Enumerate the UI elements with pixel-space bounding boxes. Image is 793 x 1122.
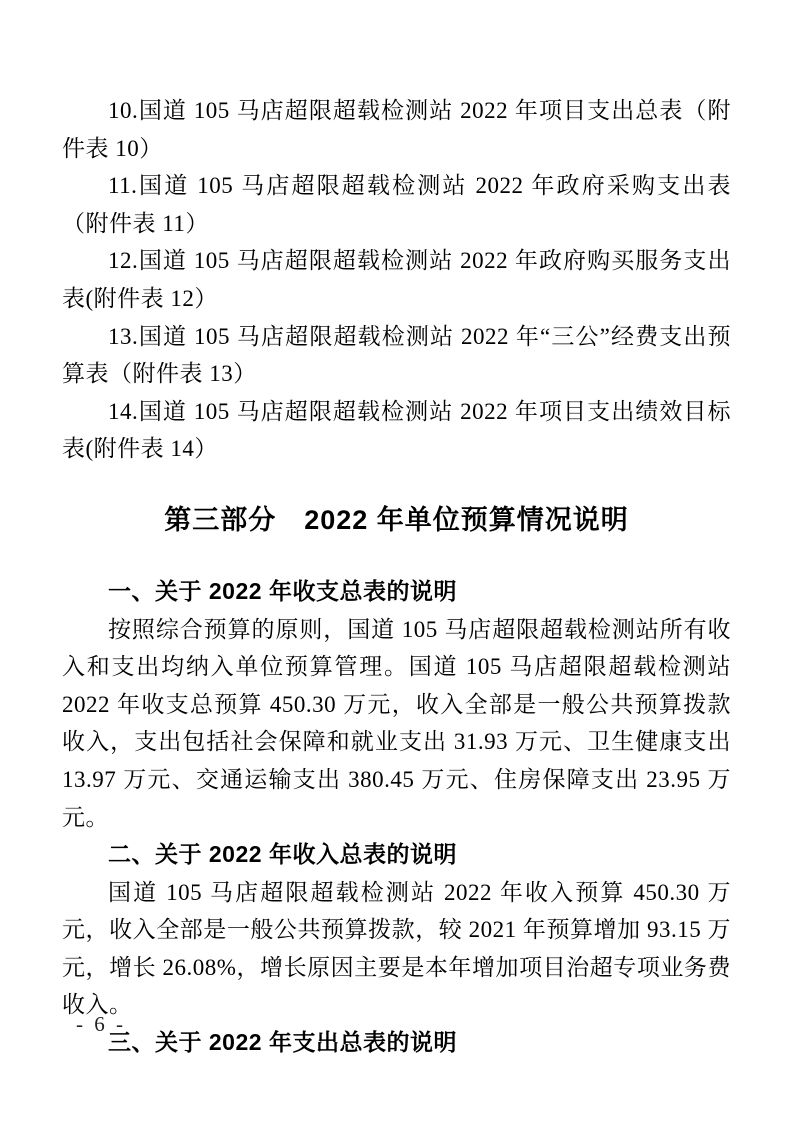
attachment-list-item-13: 13.国道 105 马店超限超载检测站 2022 年“三公”经费支出预算表（附件… (62, 318, 731, 393)
section-one-paragraph: 按照综合预算的原则，国道 105 马店超限超载检测站所有收入和支出均纳入单位预算… (62, 611, 731, 837)
section-one-heading: 一、关于 2022 年收支总表的说明 (62, 573, 731, 611)
section-two-heading: 二、关于 2022 年收入总表的说明 (62, 836, 731, 874)
section-two-paragraph: 国道 105 马店超限超载检测站 2022 年收入预算 450.30 万元，收入… (62, 874, 731, 1024)
document-content: 10.国道 105 马店超限超载检测站 2022 年项目支出总表（附件表 10）… (62, 92, 731, 1062)
attachment-list-item-14: 14.国道 105 马店超限超载检测站 2022 年项目支出绩效目标表(附件表 … (62, 393, 731, 468)
attachment-list-item-11: 11.国道 105 马店超限超载检测站 2022 年政府采购支出表（附件表 11… (62, 167, 731, 242)
document-page: 10.国道 105 马店超限超载检测站 2022 年项目支出总表（附件表 10）… (0, 0, 793, 1122)
page-number: - 6 - (76, 1012, 126, 1037)
section-three-heading: 三、关于 2022 年支出总表的说明 (62, 1024, 731, 1062)
part-three-heading: 第三部分 2022 年单位预算情况说明 (62, 500, 731, 540)
attachment-list-item-12: 12.国道 105 马店超限超载检测站 2022 年政府购买服务支出表(附件表 … (62, 242, 731, 317)
attachment-list-item-10: 10.国道 105 马店超限超载检测站 2022 年项目支出总表（附件表 10） (62, 92, 731, 167)
